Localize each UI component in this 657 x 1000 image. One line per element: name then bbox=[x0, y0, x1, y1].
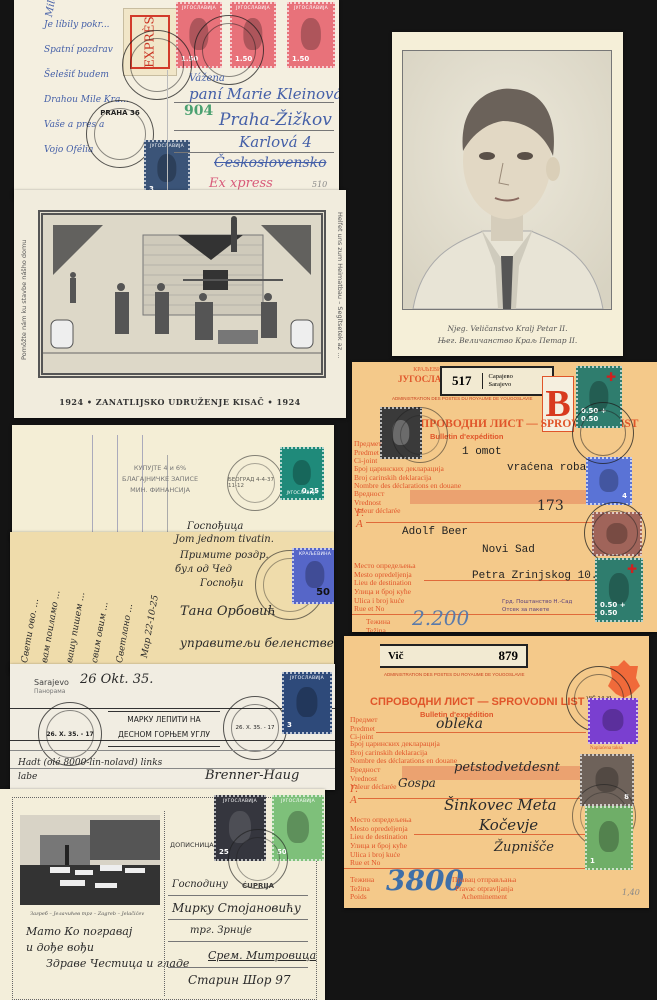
card-heading: ДОПИСНИЦА bbox=[170, 841, 214, 849]
message-line-1: Мато Ко погравај bbox=[26, 925, 132, 938]
right-vertical-text: Helfet uns zum Heimatbau – Segítsetek az… bbox=[336, 212, 344, 358]
portrait-card-king-petar: Njeg. Veličanstvo Kralj Petar II. Њег. В… bbox=[392, 32, 623, 356]
admin-line: ADMINISTRATION DES POSTES DU ROYAUME DE … bbox=[392, 396, 532, 401]
route-stamp: Грд. Поштанство Н.-Сад Отсек за пакете bbox=[502, 598, 572, 614]
value-amount: petstodvetdesnt bbox=[454, 760, 560, 775]
red-express-note: Ex xpress bbox=[209, 176, 273, 191]
handwritten-number: 173 bbox=[537, 498, 564, 514]
recipient-name: Šinkovec Meta bbox=[444, 796, 557, 814]
stamp-tb-charity-2: ✚0.50 + 0.50 bbox=[595, 558, 643, 622]
field-declarations: Број царинских декларација Broj carinski… bbox=[350, 740, 457, 766]
form-title: СПРОВОДНИ ЛИСТ — SPROVODNI LIST bbox=[370, 696, 584, 708]
message-line-2: и дође вођи bbox=[26, 941, 94, 954]
stamp-green-1-dinar: 1 bbox=[585, 806, 633, 870]
label-number: 517 bbox=[442, 373, 483, 389]
label-number: 879 bbox=[499, 648, 519, 664]
caption-cyrillic: Њег. Величанство Краљ Петар II. bbox=[392, 336, 623, 345]
message-line-3: Здраве Честица и гладе bbox=[46, 957, 189, 970]
recipient-name: Adolf Beer bbox=[402, 526, 468, 538]
boy-portrait bbox=[403, 51, 611, 309]
pencil-note: 1,40 bbox=[622, 888, 640, 897]
message-line-2: Примите роздр. bbox=[180, 550, 269, 561]
address-line-3: трг. Зрније bbox=[190, 925, 252, 936]
value-declarations: vraćena roba bbox=[507, 462, 586, 474]
left-vertical-text: Pomôžte nám ku stavbe nášho domu bbox=[20, 240, 28, 360]
postmark-sarajevo-4-right bbox=[572, 402, 634, 464]
destination-city: Novi Sad bbox=[482, 544, 535, 556]
destination-street: Župnišče bbox=[494, 840, 554, 855]
address-line-2: Мирку Стојановићу bbox=[172, 901, 301, 915]
slogan-cancel: КУПУЈТЕ 4 и 6% БЛАГАЈНИЧКЕ ЗАПИСЕ МИН. Ф… bbox=[122, 463, 198, 496]
postmark-cuprija: ĆUPRIJA bbox=[228, 829, 288, 889]
picture-caption: Загреб – Јелачићев трг – Zagreb – Jelači… bbox=[30, 911, 144, 917]
stamp-blue-4-dinar: 4 bbox=[586, 457, 632, 505]
card-caption: 1924 • ZANATLIJSKO UDRUŽENJE KISAČ • 192… bbox=[14, 397, 346, 407]
stamp-red-3: ЈУГОСЛАВИЈА1.50 bbox=[287, 2, 335, 68]
postcard-maribor: Свети ово. ... вам поиламо ... вашу пише… bbox=[10, 532, 334, 672]
paid-label: Naplaćena taksa bbox=[590, 746, 623, 751]
place-sub: Панорама bbox=[34, 688, 65, 695]
message-line-4: Госпођи bbox=[200, 578, 243, 589]
recipient-street: Karlová 4 bbox=[239, 133, 312, 151]
parcel-card-sarajevo: КРАЉЕВИНА ЈУГОСЛАВИЈА 517 Сарајево Saraj… bbox=[352, 362, 657, 632]
vertical-divider bbox=[167, 70, 168, 190]
vertical-handwriting-columns: Свети ово. ... вам поиламо ... вашу пише… bbox=[10, 532, 160, 672]
weight-value: 2.200 bbox=[412, 606, 469, 630]
field-predmet: Предмет Predmet Ci-joint bbox=[350, 716, 378, 742]
postcard-beograd: КУПУЈТЕ 4 и 6% БЛАГАЈНИЧКЕ ЗАПИСЕ МИН. Ф… bbox=[12, 425, 334, 540]
postmark-sarajevo-4-left bbox=[392, 407, 448, 463]
field-destination: Место опредељења Mesto opredeljenja Lieu… bbox=[350, 816, 412, 842]
value-predmet: 1 omot bbox=[462, 446, 502, 458]
green-number: 904 bbox=[184, 103, 213, 119]
stamp-blue-50-para: КРАЉЕВИНА50 bbox=[292, 548, 334, 604]
illustration-frame bbox=[38, 210, 326, 378]
postmark-beograd: БЕОГРАД 4-4-37 11-12 bbox=[227, 455, 283, 511]
portrait-frame bbox=[402, 50, 612, 310]
field-recipient: Г. A bbox=[356, 508, 364, 530]
postmark-circle-2 bbox=[122, 30, 192, 100]
recipient-city: Praha-Žižkov bbox=[219, 110, 332, 130]
field-street: Улица и број куће Ulica i broj kuće Rue … bbox=[354, 588, 411, 614]
craftsmen-illustration bbox=[43, 215, 321, 373]
zagreb-square-illustration bbox=[20, 815, 160, 905]
slogan-box: МАРКУ ЛЕПИТИ НА ДЕСНОМ ГОРЊЕМ УГЛУ bbox=[108, 711, 220, 747]
recipient-country: Československo bbox=[214, 155, 327, 171]
address-line-1: Господину bbox=[172, 879, 228, 890]
admin-line: ADMINISTRATION DES POSTES DU ROYAUME DE … bbox=[384, 672, 524, 677]
zagreb-picture bbox=[20, 815, 160, 905]
field-destination: Место опредељења Mesto opredeljenja Lieu… bbox=[354, 562, 416, 588]
destination-street: Petra Zrinjskog 10. bbox=[472, 570, 597, 582]
route-label: Правац отправљања Pravac otpravljanja Ac… bbox=[452, 876, 516, 902]
field-declarations: Број царинских декларација Broj carinski… bbox=[354, 465, 461, 491]
message: Hadt (olé 8000-lin-nolavd) links labe bbox=[18, 756, 168, 784]
label-place: Vič bbox=[388, 650, 403, 662]
postcard-dopisnica-zagreb: Загреб – Јелачићев трг – Zagreb – Jelači… bbox=[0, 789, 325, 1000]
signature: Brenner-Haug bbox=[205, 768, 299, 783]
field-weight: Тежина Težina Poids bbox=[350, 876, 374, 902]
pencil-note: 510 bbox=[312, 180, 327, 189]
address-line-5: Старин Шор 97 bbox=[188, 973, 291, 987]
destination-city: Kočevje bbox=[479, 816, 538, 834]
stamp-violet bbox=[588, 698, 638, 744]
value-predmet: obleka bbox=[436, 716, 483, 732]
address-line-4: Срем. Митровица bbox=[208, 949, 316, 962]
field-weight: Тежина Težina Poids bbox=[366, 618, 390, 632]
caption-latin: Njeg. Veličanstvo Kralj Petar II. bbox=[392, 324, 623, 333]
stamp-green-025: 0.25ЈУГОСЛАВИЈА bbox=[280, 447, 324, 500]
recipient-title: управитељи беленстве bbox=[180, 636, 334, 650]
postcard-sarajevo: Sarajevo Панорама 26 Okt. 35. 26. X. 35.… bbox=[10, 664, 335, 790]
postcard-kisac-craftsmen: Pomôžte nám ku stavbe nášho domu Helfet … bbox=[14, 190, 346, 418]
recipient-prefix: Vážena bbox=[189, 73, 225, 84]
field-predmet: Предмет Predmet Ci-joint bbox=[354, 440, 382, 466]
date-maribor: Мар 22-10-25 bbox=[140, 594, 161, 658]
message-line-3: бул од Чед bbox=[175, 564, 232, 575]
number-label: Vič 879 bbox=[380, 644, 528, 668]
number-label: 517 Сарајево Sarajevo bbox=[440, 366, 554, 396]
recipient-name: paní Marie Kleinová bbox=[189, 85, 339, 103]
postmark-sarajevo-4-lower bbox=[584, 502, 646, 564]
address-gospodjica: Госпођица bbox=[187, 521, 243, 532]
stamp-blue-3-dinar: ЈУГОСЛАВИЈА3 bbox=[282, 672, 332, 734]
place-label: Sarajevo bbox=[34, 678, 69, 687]
recipient-prefix: Gospa bbox=[398, 776, 436, 790]
parcel-card-vic: Vič 879 ADMINISTRATION DES POSTES DU ROY… bbox=[344, 636, 649, 908]
field-recipient: Г. A bbox=[350, 784, 358, 806]
postcard-praha-express: Milé holčičky a Je líbily pokr... Spatní… bbox=[14, 0, 339, 198]
message-line-1: Jom jednom tivatin. bbox=[175, 534, 274, 545]
handwritten-date: 26 Okt. 35. bbox=[80, 672, 153, 687]
